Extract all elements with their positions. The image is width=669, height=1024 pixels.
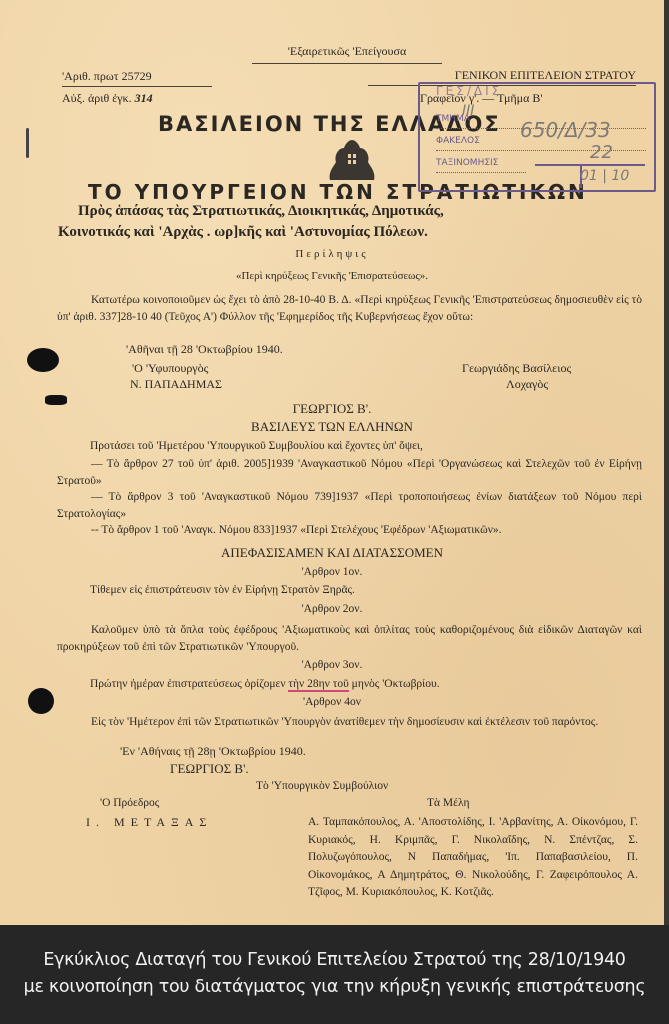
- addressee-line-2: Κοινοτικάς καὶ 'Αρχὰς . ωρ]κῆς καὶ 'Αστυ…: [58, 224, 428, 241]
- intro-text: Κατωτέρω κοινοποιοῦμεν ὡς ἔχει τὸ ἀπὸ 28…: [57, 294, 642, 323]
- reference-1-text: — Τὸ ἄρθρον 27 τοῦ ὑπ' ἀριθ. 2005]1939 '…: [57, 458, 642, 487]
- article-2-text: Καλοῦμεν ὑπὸ τὰ ὅπλα τοὺς ἐφέδρους 'Αξιω…: [57, 622, 642, 655]
- protocol-number: 'Αριθ. πρωτ 25729: [62, 69, 212, 87]
- pink-underline-annotation: τὴν 28ην τοῦ: [288, 678, 348, 692]
- closing-date: 'Εν 'Αθήναις τῇ 28ῃ 'Οκτωβρίου 1940.: [120, 744, 306, 759]
- preamble: Προτάσει τοῦ 'Ημετέρου 'Υπουργικοῦ Συμβο…: [90, 440, 423, 452]
- stamp-row-classification: ΤΑΞΙΝΟΜΗΣΙΣ: [436, 158, 526, 173]
- article-3-text-after: μηνὸς 'Οκτωβρίου.: [349, 678, 440, 690]
- paper-edge: [664, 0, 669, 925]
- urgency-label: 'Εξαιρετικῶς 'Επείγουσα: [252, 44, 442, 64]
- enclosure-number-label: Αὐξ. ἀριθ ἐγκ.: [62, 91, 132, 105]
- signer-right-rank: Λοχαγὸς: [506, 377, 548, 392]
- summary-text: «Περὶ κηρύξεως Γενικῆς 'Επισρατεύσεως».: [0, 270, 664, 282]
- article-3-title: 'Αρθρον 3ον.: [0, 659, 664, 671]
- article-2-title: 'Αρθρον 2ον.: [0, 603, 664, 615]
- article-4-title: 'Αρθρον 4ον: [0, 696, 664, 708]
- stamp-header: ΓΕΣ/ΔΙΣ: [436, 84, 502, 98]
- ink-mark: [26, 128, 29, 158]
- reference-1: — Τὸ ἄρθρον 27 τοῦ ὑπ' ἀριθ. 2005]1939 '…: [57, 456, 642, 489]
- royal-crest-icon: [322, 136, 382, 182]
- punch-hole-blot: [45, 395, 67, 405]
- king-name: ΓΕΩΡΓΙΟΣ Β'.: [0, 401, 664, 417]
- stamp-divider: [535, 164, 645, 166]
- article-4-text: Εἰς τὸν 'Ημέτερον ἐπὶ τῶν Στρατιωτικῶν '…: [57, 714, 642, 731]
- members-label: Τὰ Μέλη: [427, 797, 469, 809]
- caption-line-1: Εγκύκλιος Διαταγή του Γενικού Επιτελείου…: [0, 947, 669, 974]
- article-3-text-before: Πρώτην ἡμέραν ἐπιστρατεύσεως ὁρίζομεν: [90, 678, 288, 690]
- addressee-line-1: Πρὸς ἁπάσας τὰς Στρατιωτικάς, Διοικητικά…: [78, 203, 444, 220]
- president-label: 'Ο Πρόεδρος: [100, 797, 159, 809]
- enclosure-number: Αὐξ. ἀριθ ἐγκ. 314: [62, 91, 153, 106]
- reference-2-text: — Τὸ ἄρθρον 3 τοῦ 'Αναγκαστικοῦ Νόμου 73…: [57, 491, 642, 520]
- article-4-body: Εἰς τὸν 'Ημέτερον ἐπὶ τῶν Στρατιωτικῶν '…: [91, 716, 598, 728]
- article-3-text: Πρώτην ἡμέραν ἐπιστρατεύσεως ὁρίζομεν τὴ…: [90, 678, 440, 690]
- handwritten-code: 01 | 10: [580, 168, 629, 184]
- article-1-text: Τίθεμεν εἰς ἐπιστράτευσιν τὸν ἐν Εἰρήνῃ …: [90, 584, 355, 596]
- stamp-classification-label: ΤΑΞΙΝΟΜΗΣΙΣ: [436, 158, 498, 168]
- date-line: 'Αθῆναι τῇ 28 'Οκτωβρίου 1940.: [126, 342, 283, 357]
- signer-left-name: Ν. ΠΑΠΑΔΗΜΑΣ: [130, 377, 222, 392]
- handwritten-section: ΙΙΙ: [462, 103, 474, 119]
- summary-label: Περίληψις: [0, 248, 664, 260]
- protocol-number-value: 25729: [122, 69, 152, 83]
- signer-left-title: 'Ο 'Υφυπουργὸς: [132, 361, 208, 376]
- handwritten-classification: 22: [590, 142, 613, 163]
- members-list: Α. Ταμπακόπουλος, Α. 'Αποστολίδης, Ι. 'Α…: [308, 814, 638, 902]
- stamp-folder-label: ΦΑΚΕΛΟΣ: [436, 136, 480, 146]
- punch-hole-blot: [28, 688, 54, 714]
- document-scan: 'Εξαιρετικῶς 'Επείγουσα 'Αριθ. πρωτ 2572…: [0, 0, 664, 925]
- king-title: ΒΑΣΙΛΕΥΣ ΤΩΝ ΕΛΛΗΝΩΝ: [0, 419, 664, 435]
- reference-3: -- Τὸ ἄρθρον 1 τοῦ 'Αναγκ. Νόμου 833]193…: [57, 522, 642, 539]
- signer-right-name: Γεωργιάδης Βασίλειος: [462, 361, 571, 376]
- president-name: Ι. ΜΕΤΑΞΑΣ: [86, 815, 212, 830]
- reference-3-text: -- Τὸ ἄρθρον 1 τοῦ 'Αναγκ. Νόμου 833]193…: [91, 524, 502, 536]
- protocol-number-label: 'Αριθ. πρωτ: [62, 69, 119, 83]
- intro-paragraph: Κατωτέρω κοινοποιοῦμεν ὡς ἔχει τὸ ἀπὸ 28…: [57, 292, 642, 325]
- article-1-title: 'Αρθρον 1ον.: [0, 566, 664, 578]
- handwritten-folder: 650/Δ/33: [520, 118, 611, 142]
- article-2-body: Καλοῦμεν ὑπὸ τὰ ὅπλα τοὺς ἐφέδρους 'Αξιω…: [57, 624, 642, 653]
- caption-line-2: με κοινοποίηση του διατάγματος για την κ…: [0, 974, 669, 1001]
- enclosure-number-value: 314: [135, 91, 153, 105]
- council-label: Τὸ 'Υπουργικὸν Συμβούλιον: [256, 780, 388, 792]
- closing-king: ΓΕΩΡΓΙΟΣ Β'.: [170, 761, 249, 777]
- decree-heading: ΑΠΕΦΑΣΙΣΑΜΕΝ ΚΑΙ ΔΙΑΤΑΣΣΟΜΕΝ: [0, 545, 664, 561]
- reference-2: — Τὸ ἄρθρον 3 τοῦ 'Αναγκαστικοῦ Νόμου 73…: [57, 489, 642, 522]
- punch-hole-blot: [27, 348, 59, 372]
- image-caption: Εγκύκλιος Διαταγή του Γενικού Επιτελείου…: [0, 925, 669, 1024]
